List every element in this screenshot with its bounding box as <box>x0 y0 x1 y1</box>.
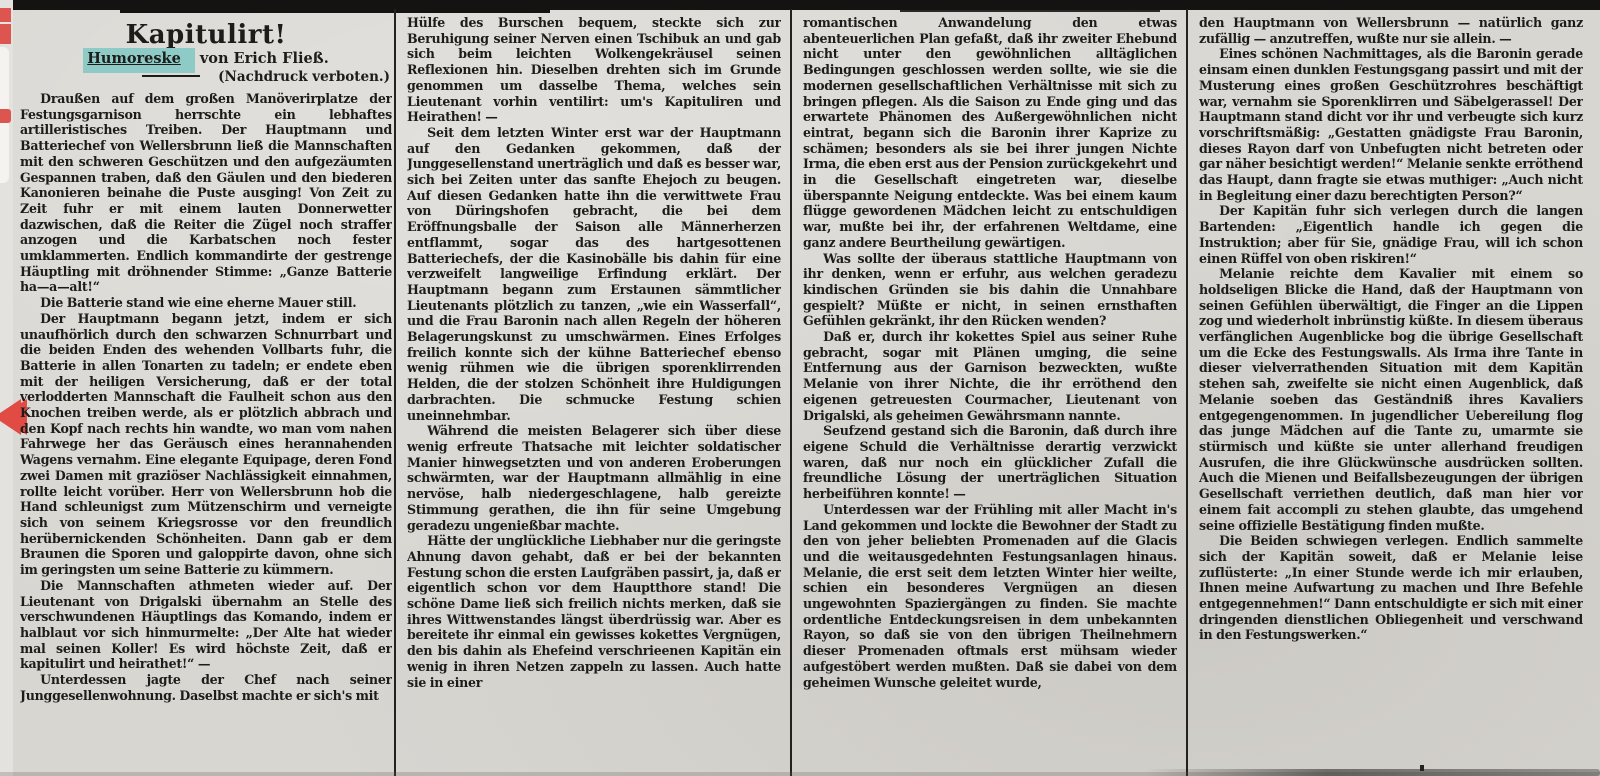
article-byline: Humoreske von Erich Fließ. <box>20 50 392 67</box>
paragraph: Der Hauptmann begann jetzt, indem er sic… <box>20 311 392 578</box>
divider-rule <box>142 75 200 77</box>
paragraph: Seufzend gestand sich die Baronin, daß d… <box>803 423 1177 502</box>
column-1: Kapitulirt! Humoreske von Erich Fließ. (… <box>20 9 392 776</box>
paragraph: Die Beiden schwiegen verlegen. Endlich s… <box>1199 533 1583 643</box>
column-4-text: den Hauptmann von Wellersbrunn — natürli… <box>1199 15 1583 643</box>
paragraph: Während die meisten Belagerer sich über … <box>407 423 781 533</box>
column-3-text: romantischen Anwandelung den etwas abent… <box>803 15 1177 690</box>
paragraph: Melanie reichte dem Kavalier mit einem s… <box>1199 266 1583 533</box>
paragraph: Daß er, durch ihr kokettes Spiel aus sei… <box>803 329 1177 423</box>
paragraph: Unterdessen war der Frühling mit aller M… <box>803 502 1177 690</box>
paragraph: Die Mannschaften athmeten wieder auf. De… <box>20 578 392 672</box>
newspaper-scan-page: Kapitulirt! Humoreske von Erich Fließ. (… <box>0 0 1600 776</box>
red-margin-mark <box>0 109 11 123</box>
column-2: Hülfe des Burschen bequem, steckte sich … <box>407 9 781 776</box>
column-2-text: Hülfe des Burschen bequem, steckte sich … <box>407 15 781 690</box>
paragraph: Der Kapitän fuhr sich verlegen durch die… <box>1199 203 1583 266</box>
highlighted-word: Humoreske <box>83 48 195 73</box>
column-rule <box>1186 9 1188 776</box>
notice-row: (Nachdruck verboten.) <box>20 69 390 85</box>
column-4: den Hauptmann von Wellersbrunn — natürli… <box>1199 9 1583 776</box>
reprint-notice: (Nachdruck verboten.) <box>218 69 390 85</box>
paragraph: Was sollte der überaus stattliche Hauptm… <box>803 251 1177 330</box>
paragraph: Hülfe des Burschen bequem, steckte sich … <box>407 15 781 125</box>
paragraph: romantischen Anwandelung den etwas abent… <box>803 15 1177 251</box>
paragraph: Unterdessen jagte der Chef nach seiner J… <box>20 672 392 703</box>
article-header: Kapitulirt! Humoreske von Erich Fließ. (… <box>20 22 392 85</box>
column-3: romantischen Anwandelung den etwas abent… <box>803 9 1177 776</box>
scan-bottom-smudge <box>1145 769 1600 776</box>
red-margin-mark <box>0 24 11 44</box>
column-rule <box>790 9 792 776</box>
paragraph: Seit dem letzten Winter erst war der Hau… <box>407 125 781 423</box>
paragraph: Draußen auf dem großen Manöverirplatze d… <box>20 91 392 295</box>
column-1-text: Draußen auf dem großen Manöverirplatze d… <box>20 91 392 703</box>
paragraph: den Hauptmann von Wellersbrunn — natürli… <box>1199 15 1583 46</box>
paragraph: Eines schönen Nachmittages, als die Baro… <box>1199 46 1583 203</box>
paragraph: Hätte der unglückliche Liebhaber nur die… <box>407 533 781 690</box>
article-title: Kapitulirt! <box>20 22 392 48</box>
paragraph: Die Batterie stand wie eine eherne Mauer… <box>20 295 392 311</box>
red-margin-mark <box>0 8 11 22</box>
column-rule <box>394 9 396 776</box>
byline-rest: von Erich Fließ. <box>195 50 329 67</box>
